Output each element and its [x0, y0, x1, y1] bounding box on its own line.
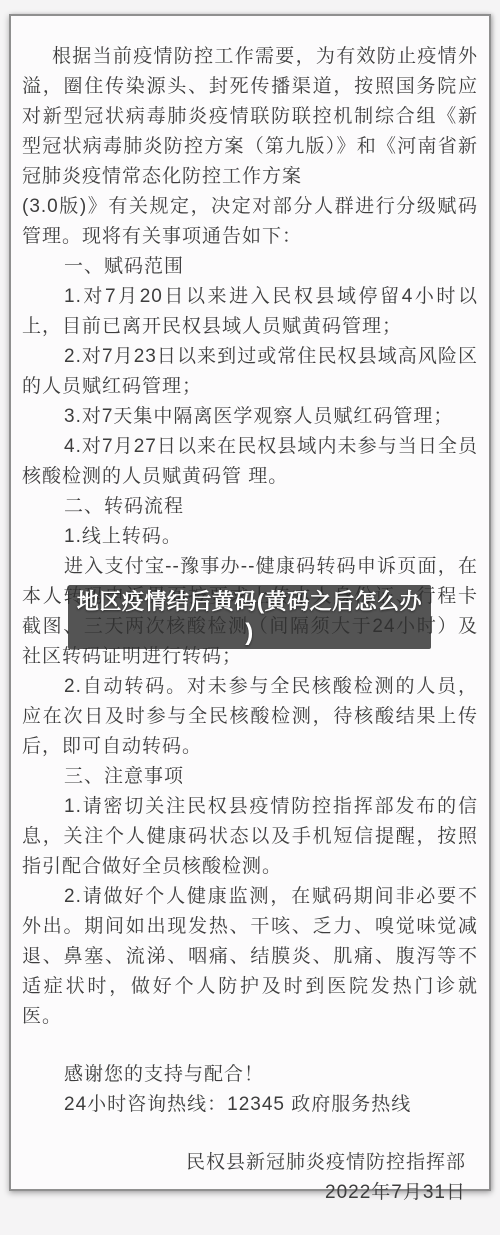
signature-line: 民权县新冠肺炎疫情防控指挥部 [22, 1148, 478, 1178]
notice-paragraph: 根据当前疫情防控工作需要，为有效防止疫情外溢，圈住传染源头、封死传播渠道，按照国… [22, 42, 478, 192]
notice-list-item: 1.线上转码。 [22, 522, 478, 552]
notice-list-item: 4.对7月27日以来在民权县域内未参与当日全员核酸检测的人员赋黄码管 理。 [22, 432, 478, 492]
notice-list-item: 1.请密切关注民权县疫情防控指挥部发布的信息，关注个人健康码状态以及手机短信提醒… [22, 792, 478, 882]
date-line: 2022年7月31日 [22, 1178, 478, 1208]
overlay-title-line1: 地区疫情结后黄码(黄码之后怎么办 [70, 586, 429, 617]
title-overlay: 地区疫情结后黄码(黄码之后怎么办 ) [68, 585, 431, 649]
section-heading: 三、注意事项 [22, 762, 478, 792]
notice-list-item: 2.对7月23日以来到过或常住民权县域高风险区的人员赋红码管理； [22, 342, 478, 402]
thanks-line: 感谢您的支持与配合！ [22, 1060, 478, 1090]
notice-list-item: 3.对7天集中隔离医学观察人员赋红码管理； [22, 402, 478, 432]
section-heading: 二、转码流程 [22, 492, 478, 522]
overlay-title-line2: ) [70, 617, 429, 648]
notice-paragraph: (3.0版)》有关规定，决定对部分人群进行分级赋码管理。现将有关事项通告如下： [22, 192, 478, 252]
section-heading: 一、赋码范围 [22, 252, 478, 282]
notice-list-item: 1.对7月20日以来进入民权县域停留4小时以上，目前已离开民权县域人员赋黄码管理… [22, 282, 478, 342]
hotline-line: 24小时咨询热线：12345 政府服务热线 [22, 1090, 478, 1120]
notice-list-item: 2.请做好个人健康监测，在赋码期间非必要不外出。期间如出现发热、干咳、乏力、嗅觉… [22, 882, 478, 1032]
notice-list-item: 2.自动转码。对未参与全民核酸检测的人员，应在次日及时参与全民核酸检测，待核酸结… [22, 672, 478, 762]
